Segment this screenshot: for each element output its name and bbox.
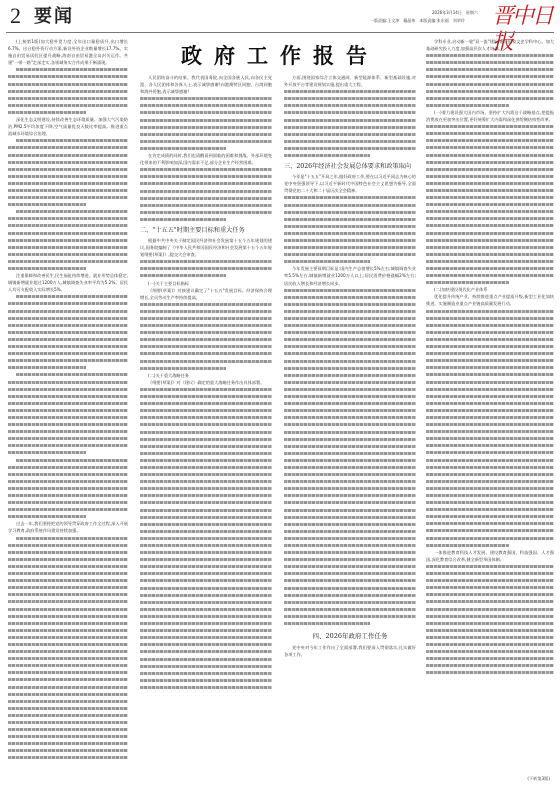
text-line bbox=[284, 365, 416, 372]
paragraph: 优化提升传统产业。持续推进重点产业提质升级,新型工业化加快推进。实施制造业重点产… bbox=[426, 293, 554, 307]
text-line bbox=[8, 336, 128, 343]
text-line bbox=[284, 514, 416, 521]
text-line bbox=[426, 435, 554, 442]
text-line bbox=[284, 216, 416, 223]
text-line bbox=[284, 329, 416, 336]
text-line bbox=[284, 556, 416, 563]
text-line bbox=[8, 563, 128, 570]
text-line bbox=[284, 507, 416, 514]
paragraph: 今年发展主要预期目标是:国内生产总值增长5%左右;城镇调查失业率5.5%左右,城… bbox=[284, 265, 416, 286]
text-line bbox=[426, 598, 554, 605]
text-line bbox=[8, 315, 128, 322]
text-line bbox=[426, 166, 554, 173]
paragraph: 学科专业,启动新一轮"双一流"建设,建设国家文史学科中心。加大基础研究投入力度,… bbox=[426, 38, 554, 52]
text-line bbox=[284, 350, 416, 357]
text-line bbox=[140, 677, 272, 684]
text-line bbox=[426, 265, 554, 272]
text-line bbox=[284, 393, 416, 400]
text-line bbox=[8, 726, 128, 733]
text-line bbox=[140, 464, 272, 471]
text-line bbox=[426, 606, 554, 613]
text-line bbox=[8, 350, 128, 357]
text-line bbox=[140, 265, 272, 272]
text-line bbox=[8, 88, 128, 95]
text-line bbox=[426, 336, 554, 343]
text-line bbox=[284, 407, 416, 414]
text-line bbox=[426, 407, 554, 414]
text-line bbox=[140, 450, 272, 457]
paragraph: 今年是"十五五"开局之年,做好政府工作,要在以习近平同志为核心的党中央坚强领导下… bbox=[284, 173, 416, 194]
text-line bbox=[426, 421, 554, 428]
text-line bbox=[284, 131, 416, 138]
text-line bbox=[284, 613, 416, 620]
text-line bbox=[426, 258, 554, 265]
text-line bbox=[426, 428, 554, 435]
text-line bbox=[426, 279, 554, 286]
text-line bbox=[426, 357, 554, 364]
text-line bbox=[140, 542, 272, 549]
text-line bbox=[426, 442, 554, 449]
text-line bbox=[426, 251, 554, 258]
text-line bbox=[8, 634, 128, 641]
text-line bbox=[140, 429, 272, 436]
text-line bbox=[140, 528, 272, 535]
text-line bbox=[8, 485, 128, 492]
text-line bbox=[8, 747, 128, 754]
text-line bbox=[140, 301, 272, 308]
text-line bbox=[140, 216, 272, 223]
text-line bbox=[140, 393, 272, 400]
text-line bbox=[426, 535, 554, 542]
text-line bbox=[140, 102, 272, 109]
text-line bbox=[284, 528, 416, 535]
text-line bbox=[140, 400, 272, 407]
text-line bbox=[426, 563, 554, 570]
text-line bbox=[284, 457, 416, 464]
text-line bbox=[426, 222, 554, 229]
text-line bbox=[284, 585, 416, 592]
text-line bbox=[8, 258, 128, 265]
text-line bbox=[8, 733, 128, 740]
text-line bbox=[8, 73, 128, 80]
text-line bbox=[8, 400, 128, 407]
text-line bbox=[8, 215, 128, 222]
text-line bbox=[284, 138, 416, 145]
text-line bbox=[8, 606, 128, 613]
text-line bbox=[140, 336, 272, 343]
text-line bbox=[284, 223, 416, 230]
text-line bbox=[426, 457, 554, 464]
text-line bbox=[8, 364, 128, 371]
text-line bbox=[284, 336, 416, 343]
text-line bbox=[140, 180, 272, 187]
text-line bbox=[284, 570, 416, 577]
text-line bbox=[140, 606, 272, 613]
text-line bbox=[140, 436, 272, 443]
text-line bbox=[426, 577, 554, 584]
text-line bbox=[426, 159, 554, 166]
text-line bbox=[140, 195, 272, 202]
text-line bbox=[8, 322, 128, 329]
text-line bbox=[8, 464, 128, 471]
text-line bbox=[8, 662, 128, 669]
text-line bbox=[8, 421, 128, 428]
text-line bbox=[426, 152, 554, 159]
text-line bbox=[284, 577, 416, 584]
text-line bbox=[426, 123, 554, 130]
text-line bbox=[426, 669, 554, 676]
text-line bbox=[284, 152, 416, 159]
text-line bbox=[8, 712, 128, 719]
paragraph: 方面,围绕国家综合立体交通网、新型能源体系、新型基础设施,对外开放平台等建设规划… bbox=[284, 74, 416, 88]
text-line bbox=[426, 201, 554, 208]
text-line bbox=[140, 514, 272, 521]
text-line bbox=[426, 379, 554, 386]
text-line bbox=[8, 570, 128, 577]
text-line bbox=[8, 144, 128, 151]
text-line bbox=[426, 485, 554, 492]
text-line bbox=[426, 570, 554, 577]
text-line bbox=[8, 102, 128, 109]
text-line bbox=[426, 272, 554, 279]
text-line bbox=[140, 563, 272, 570]
text-line bbox=[426, 59, 554, 66]
text-line bbox=[8, 478, 128, 485]
text-line bbox=[140, 592, 272, 599]
text-line bbox=[426, 215, 554, 222]
text-line bbox=[140, 478, 272, 485]
text-line bbox=[8, 393, 128, 400]
text-line bbox=[8, 613, 128, 620]
text-line bbox=[8, 371, 128, 378]
text-line bbox=[8, 669, 128, 676]
text-line bbox=[140, 329, 272, 336]
text-line bbox=[284, 606, 416, 613]
text-line bbox=[284, 492, 416, 499]
paragraph: 深化生态文明建设,持续改善生态环境质量。加强大气污染防治,PM2.5平均浓度下降… bbox=[8, 116, 128, 137]
article-column-4: 学科专业,启动新一轮"双一流"建设,建设国家文史学科中心。加大基础研究投入力度,… bbox=[426, 38, 554, 778]
paragraph: 《纲要(草案)》对接建议确定了"十五五"发展目标。经济保持合理增长,全员劳动生产… bbox=[140, 287, 272, 301]
text-line bbox=[140, 556, 272, 563]
text-line bbox=[8, 81, 128, 88]
text-line bbox=[284, 499, 416, 506]
text-line bbox=[426, 322, 554, 329]
text-line bbox=[426, 662, 554, 669]
paragraph: 人民团结奋斗的结果。我代表国务院,向全国各族人民,向各民主党派、各人民团体和各界… bbox=[140, 74, 272, 95]
text-line bbox=[140, 663, 272, 670]
text-line bbox=[8, 442, 128, 449]
text-line bbox=[426, 527, 554, 534]
text-line bbox=[8, 506, 128, 513]
text-line bbox=[284, 88, 416, 95]
text-line bbox=[140, 173, 272, 180]
text-line bbox=[8, 386, 128, 393]
text-line bbox=[8, 251, 128, 258]
text-line bbox=[140, 485, 272, 492]
text-line bbox=[426, 627, 554, 634]
paragraph: 党中央对今年工作作出了全面部署,我们要深入贯彻落实,扎实做好各项工作。 bbox=[284, 644, 416, 658]
text-line bbox=[8, 357, 128, 364]
text-line bbox=[284, 358, 416, 365]
text-line bbox=[284, 414, 416, 421]
text-line bbox=[8, 379, 128, 386]
text-line bbox=[426, 464, 554, 471]
text-line bbox=[426, 414, 554, 421]
text-line bbox=[140, 166, 272, 173]
text-line bbox=[284, 209, 416, 216]
text-line bbox=[426, 66, 554, 73]
paragraph: (上接第1版)加大稳外贸力度,全年出口量稳质升,出口增长6.7%。出台稳外资行动… bbox=[8, 38, 128, 66]
text-line bbox=[426, 591, 554, 598]
text-line bbox=[426, 194, 554, 201]
text-line bbox=[140, 386, 272, 393]
text-line bbox=[284, 450, 416, 457]
text-line bbox=[140, 507, 272, 514]
text-line bbox=[140, 577, 272, 584]
text-line bbox=[8, 591, 128, 598]
text-line bbox=[284, 102, 416, 109]
text-line bbox=[426, 81, 554, 88]
text-line bbox=[140, 358, 272, 365]
text-line bbox=[8, 499, 128, 506]
text-line bbox=[8, 187, 128, 194]
text-line bbox=[8, 66, 128, 73]
text-line bbox=[284, 599, 416, 606]
text-line bbox=[426, 506, 554, 513]
text-line bbox=[8, 428, 128, 435]
text-line bbox=[8, 598, 128, 605]
text-line bbox=[140, 315, 272, 322]
subsection-heading: (一)关于主要目标指标 bbox=[140, 280, 272, 287]
text-line bbox=[140, 258, 272, 265]
text-line bbox=[140, 414, 272, 421]
text-line bbox=[8, 457, 128, 464]
section-heading: 二、"十五五"时期主要目标和重大任务 bbox=[140, 226, 272, 235]
header-divider bbox=[6, 32, 554, 33]
text-line bbox=[426, 641, 554, 648]
text-line bbox=[140, 656, 272, 663]
text-line bbox=[426, 343, 554, 350]
article-column-3: 方面,围绕国家综合立体交通网、新型能源体系、新型基础设施,对外开放平台等建设规划… bbox=[284, 74, 416, 784]
text-line bbox=[8, 655, 128, 662]
text-line bbox=[140, 535, 272, 542]
text-line bbox=[8, 414, 128, 421]
text-line bbox=[426, 95, 554, 102]
text-line bbox=[426, 173, 554, 180]
text-line bbox=[8, 237, 128, 244]
text-line bbox=[140, 272, 272, 279]
text-line bbox=[140, 499, 272, 506]
text-line bbox=[8, 201, 128, 208]
text-line bbox=[426, 478, 554, 485]
text-line bbox=[426, 499, 554, 506]
article-title: 政府工作报告 bbox=[130, 40, 430, 70]
text-line bbox=[140, 521, 272, 528]
text-line bbox=[284, 400, 416, 407]
text-line bbox=[8, 627, 128, 634]
text-line bbox=[284, 230, 416, 237]
text-line bbox=[8, 449, 128, 456]
text-line bbox=[8, 435, 128, 442]
text-line bbox=[284, 145, 416, 152]
publication-date: 2026年3月14日 星期六 bbox=[432, 10, 478, 15]
text-line bbox=[8, 308, 128, 315]
text-line bbox=[426, 102, 554, 109]
text-line bbox=[140, 343, 272, 350]
text-line bbox=[284, 251, 416, 258]
text-line bbox=[284, 464, 416, 471]
text-line bbox=[284, 620, 416, 627]
text-line bbox=[140, 613, 272, 620]
text-line bbox=[8, 329, 128, 336]
text-line bbox=[426, 244, 554, 251]
subsection-heading: (二)关于重大战略任务 bbox=[140, 372, 272, 379]
text-line bbox=[426, 364, 554, 371]
text-line bbox=[284, 421, 416, 428]
text-line bbox=[284, 301, 416, 308]
continued-on-page-note: (下转第3版) bbox=[527, 776, 550, 782]
text-line bbox=[426, 513, 554, 520]
text-line bbox=[8, 471, 128, 478]
text-line bbox=[426, 449, 554, 456]
text-line bbox=[426, 400, 554, 407]
text-line bbox=[8, 109, 128, 116]
text-line bbox=[8, 754, 128, 761]
text-line bbox=[8, 577, 128, 584]
text-line bbox=[284, 315, 416, 322]
paragraph: 《纲要(草案)》对《建议》确定的重大战略任务作出具体部署。 bbox=[140, 379, 272, 386]
text-line bbox=[140, 109, 272, 116]
text-line bbox=[140, 421, 272, 428]
text-line bbox=[426, 393, 554, 400]
text-line bbox=[426, 137, 554, 144]
text-line bbox=[426, 386, 554, 393]
text-line bbox=[8, 166, 128, 173]
text-line bbox=[140, 350, 272, 357]
text-line bbox=[8, 641, 128, 648]
text-line bbox=[426, 520, 554, 527]
text-line bbox=[284, 117, 416, 124]
text-line bbox=[140, 209, 272, 216]
text-line bbox=[284, 372, 416, 379]
text-line bbox=[140, 131, 272, 138]
text-line bbox=[8, 684, 128, 691]
text-line bbox=[284, 343, 416, 350]
text-line bbox=[8, 719, 128, 726]
article-column-1: (上接第1版)加大稳外贸力度,全年出口量稳质升,出口增长6.7%。出台稳外资行动… bbox=[8, 38, 128, 783]
text-line bbox=[8, 556, 128, 563]
text-line bbox=[284, 485, 416, 492]
text-line bbox=[426, 648, 554, 655]
text-line bbox=[284, 542, 416, 549]
text-line bbox=[140, 641, 272, 648]
text-line bbox=[8, 293, 128, 300]
text-line bbox=[140, 138, 272, 145]
text-line bbox=[426, 371, 554, 378]
text-line bbox=[426, 52, 554, 59]
text-line bbox=[426, 329, 554, 336]
text-line bbox=[426, 350, 554, 357]
text-line bbox=[140, 145, 272, 152]
text-line bbox=[284, 549, 416, 556]
text-line bbox=[8, 542, 128, 549]
text-line bbox=[284, 244, 416, 251]
text-line bbox=[8, 159, 128, 166]
text-line bbox=[426, 88, 554, 95]
text-line bbox=[284, 478, 416, 485]
text-line bbox=[426, 471, 554, 478]
text-line bbox=[8, 535, 128, 542]
text-line bbox=[140, 365, 272, 372]
text-line bbox=[426, 315, 554, 322]
text-line bbox=[284, 308, 416, 315]
paragraph: 过去一年,我们坚持把党的领导贯穿政府工作全过程,深入开展学习教育,政府系统作风建… bbox=[8, 520, 128, 534]
text-line bbox=[8, 137, 128, 144]
text-line bbox=[284, 202, 416, 209]
text-line bbox=[140, 684, 272, 691]
text-line bbox=[284, 429, 416, 436]
text-line bbox=[284, 109, 416, 116]
section-heading: 四、2026年政府工作任务 bbox=[284, 631, 416, 641]
text-line bbox=[8, 740, 128, 747]
text-line bbox=[140, 620, 272, 627]
paragraph: 一体推进教育科技人才发展。建设教育强国、科技强国、人才强国,深化教育综合改革,健… bbox=[426, 549, 554, 563]
text-line bbox=[426, 187, 554, 194]
text-line bbox=[8, 584, 128, 591]
text-line bbox=[426, 144, 554, 151]
page-number: 2 bbox=[10, 4, 21, 28]
paragraph: 注重保障和改善民生,民生福祉持续增进。就业形势总体稳定,城镇新增就业超过1200… bbox=[8, 272, 128, 293]
text-line bbox=[8, 513, 128, 520]
text-line bbox=[426, 620, 554, 627]
paragraph: 在肯定成绩的同时,我们也清醒看到面临的困难和挑战。外部环境变化带来的不利影响加深… bbox=[140, 152, 272, 166]
text-line bbox=[8, 549, 128, 556]
text-line bbox=[140, 124, 272, 131]
text-line bbox=[284, 386, 416, 393]
editors-credit: 一版责编:王文津 戴晶伟 本版责编:张东丽 刘翠玲 bbox=[370, 18, 465, 23]
text-line bbox=[140, 188, 272, 195]
text-line bbox=[284, 322, 416, 329]
text-line bbox=[426, 492, 554, 499]
text-line bbox=[140, 585, 272, 592]
article-column-2: 人民团结奋斗的结果。我代表国务院,向全国各族人民,向各民主党派、各人民团体和各界… bbox=[140, 74, 272, 784]
text-line bbox=[426, 208, 554, 215]
text-line bbox=[284, 294, 416, 301]
text-line bbox=[8, 698, 128, 705]
section-heading: 三、2026年经济社会发展总体要求和政策取向 bbox=[284, 162, 416, 171]
text-line bbox=[426, 584, 554, 591]
text-line bbox=[426, 180, 554, 187]
text-line bbox=[8, 222, 128, 229]
text-line bbox=[8, 173, 128, 180]
text-line bbox=[140, 549, 272, 556]
text-line bbox=[284, 379, 416, 386]
text-line bbox=[8, 95, 128, 102]
text-line bbox=[140, 670, 272, 677]
text-line bbox=[8, 265, 128, 272]
paragraph: (一)着力建设强大国内市场。坚持扩大内需这个战略基点,把提振消费放在更加突出位置… bbox=[426, 109, 554, 123]
text-line bbox=[8, 194, 128, 201]
text-line bbox=[140, 570, 272, 577]
text-line bbox=[284, 287, 416, 294]
paragraph: 根据中共中央关于制定国民经济和社会发展第十五个五年规划的建议,国务院编制了《中华… bbox=[140, 237, 272, 258]
text-line bbox=[284, 471, 416, 478]
text-line bbox=[426, 73, 554, 80]
text-line bbox=[426, 308, 554, 315]
text-line bbox=[426, 634, 554, 641]
text-line bbox=[140, 648, 272, 655]
masthead: 2 要闻 2026年3月14日 星期六 一版责编:王文津 戴晶伟 本版责编:张东… bbox=[0, 0, 560, 34]
